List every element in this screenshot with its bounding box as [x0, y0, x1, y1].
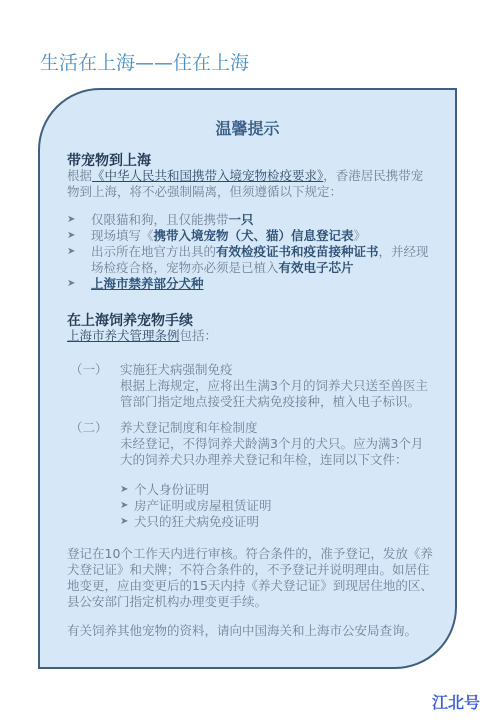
arrow-bullet-icon: ➤	[67, 276, 91, 292]
list-item: ➤ 犬只的狂犬病免疫证明	[120, 514, 433, 530]
section-heading-bring-pets: 带宠物到上海	[67, 150, 151, 170]
banned-breeds-link[interactable]: 上海市禁养部分犬种	[91, 276, 204, 292]
dog-regulation-link[interactable]: 上海市养犬管理条例	[67, 328, 180, 343]
regulation-link[interactable]: 《中华人民共和国携带入境宠物检疫要求》	[92, 168, 323, 183]
arrow-bullet-icon: ➤	[67, 212, 91, 228]
card-title: 温馨提示	[40, 116, 455, 139]
section1-intro: 根据《中华人民共和国携带入境宠物检疫要求》，香港居民携带宠物到上海，将不必强制隔…	[67, 168, 433, 200]
list-item: ➤ 仅限猫和狗，且仅能携带一只	[67, 212, 433, 228]
item-title: 实施狂犬病强制免疫	[120, 362, 433, 378]
arrow-bullet-icon: ➤	[67, 228, 91, 244]
section1-bullets: ➤ 仅限猫和狗，且仅能携带一只 ➤ 现场填写《携带入境宠物（犬、猫）信息登记表》…	[67, 212, 433, 292]
tips-card: 温馨提示 带宠物到上海 根据《中华人民共和国携带入境宠物检疫要求》，香港居民携带…	[38, 88, 457, 669]
item-body: 根据上海规定，应将出生满3个月的饲养犬只送至兽医主管部门指定地点接受狂犬病免疫接…	[120, 378, 433, 410]
arrow-bullet-icon: ➤	[67, 244, 91, 260]
item-rabies-immunization: （一） 实施狂犬病强制免疫 根据上海规定，应将出生满3个月的饲养犬只送至兽医主管…	[70, 362, 433, 410]
arrow-bullet-icon: ➤	[120, 514, 134, 530]
page-title: 生活在上海——住在上海	[40, 48, 249, 75]
item-body: 未经登记，不得饲养犬龄满3个月的犬只。应为满3个月大的饲养犬只办理养犬登记和年检…	[120, 436, 433, 468]
section-heading-keeping-pets: 在上海饲养宠物手续	[67, 310, 193, 330]
list-item: ➤ 出示所在地官方出具的有效检疫证书和疫苗接种证书，并经现场检疫合格，宠物亦必须…	[67, 244, 433, 276]
watermark-logo: 江北号	[432, 690, 480, 713]
list-item: ➤ 上海市禁养部分犬种	[67, 276, 433, 292]
required-documents: ➤ 个人身份证明 ➤ 房产证明或房屋租赁证明 ➤ 犬只的狂犬病免疫证明	[120, 482, 433, 530]
arrow-bullet-icon: ➤	[120, 498, 134, 514]
footer-note: 有关饲养其他宠物的资料，请向中国海关和上海市公安局查询。	[67, 623, 433, 639]
arrow-bullet-icon: ➤	[120, 482, 134, 498]
section2-intro: 上海市养犬管理条例包括：	[67, 328, 433, 344]
list-item: ➤ 房产证明或房屋租赁证明	[120, 498, 433, 514]
item-title: 养犬登记制度和年检制度	[120, 420, 433, 436]
list-item: ➤ 个人身份证明	[120, 482, 433, 498]
item-registration: （二） 养犬登记制度和年检制度 未经登记，不得饲养犬龄满3个月的犬只。应为满3个…	[70, 420, 433, 530]
registration-paragraph: 登记在10个工作天内进行审核。符合条件的，准予登记，发放《养犬登记证》和犬牌；不…	[67, 546, 433, 610]
list-item: ➤ 现场填写《携带入境宠物（犬、猫）信息登记表》	[67, 228, 433, 244]
